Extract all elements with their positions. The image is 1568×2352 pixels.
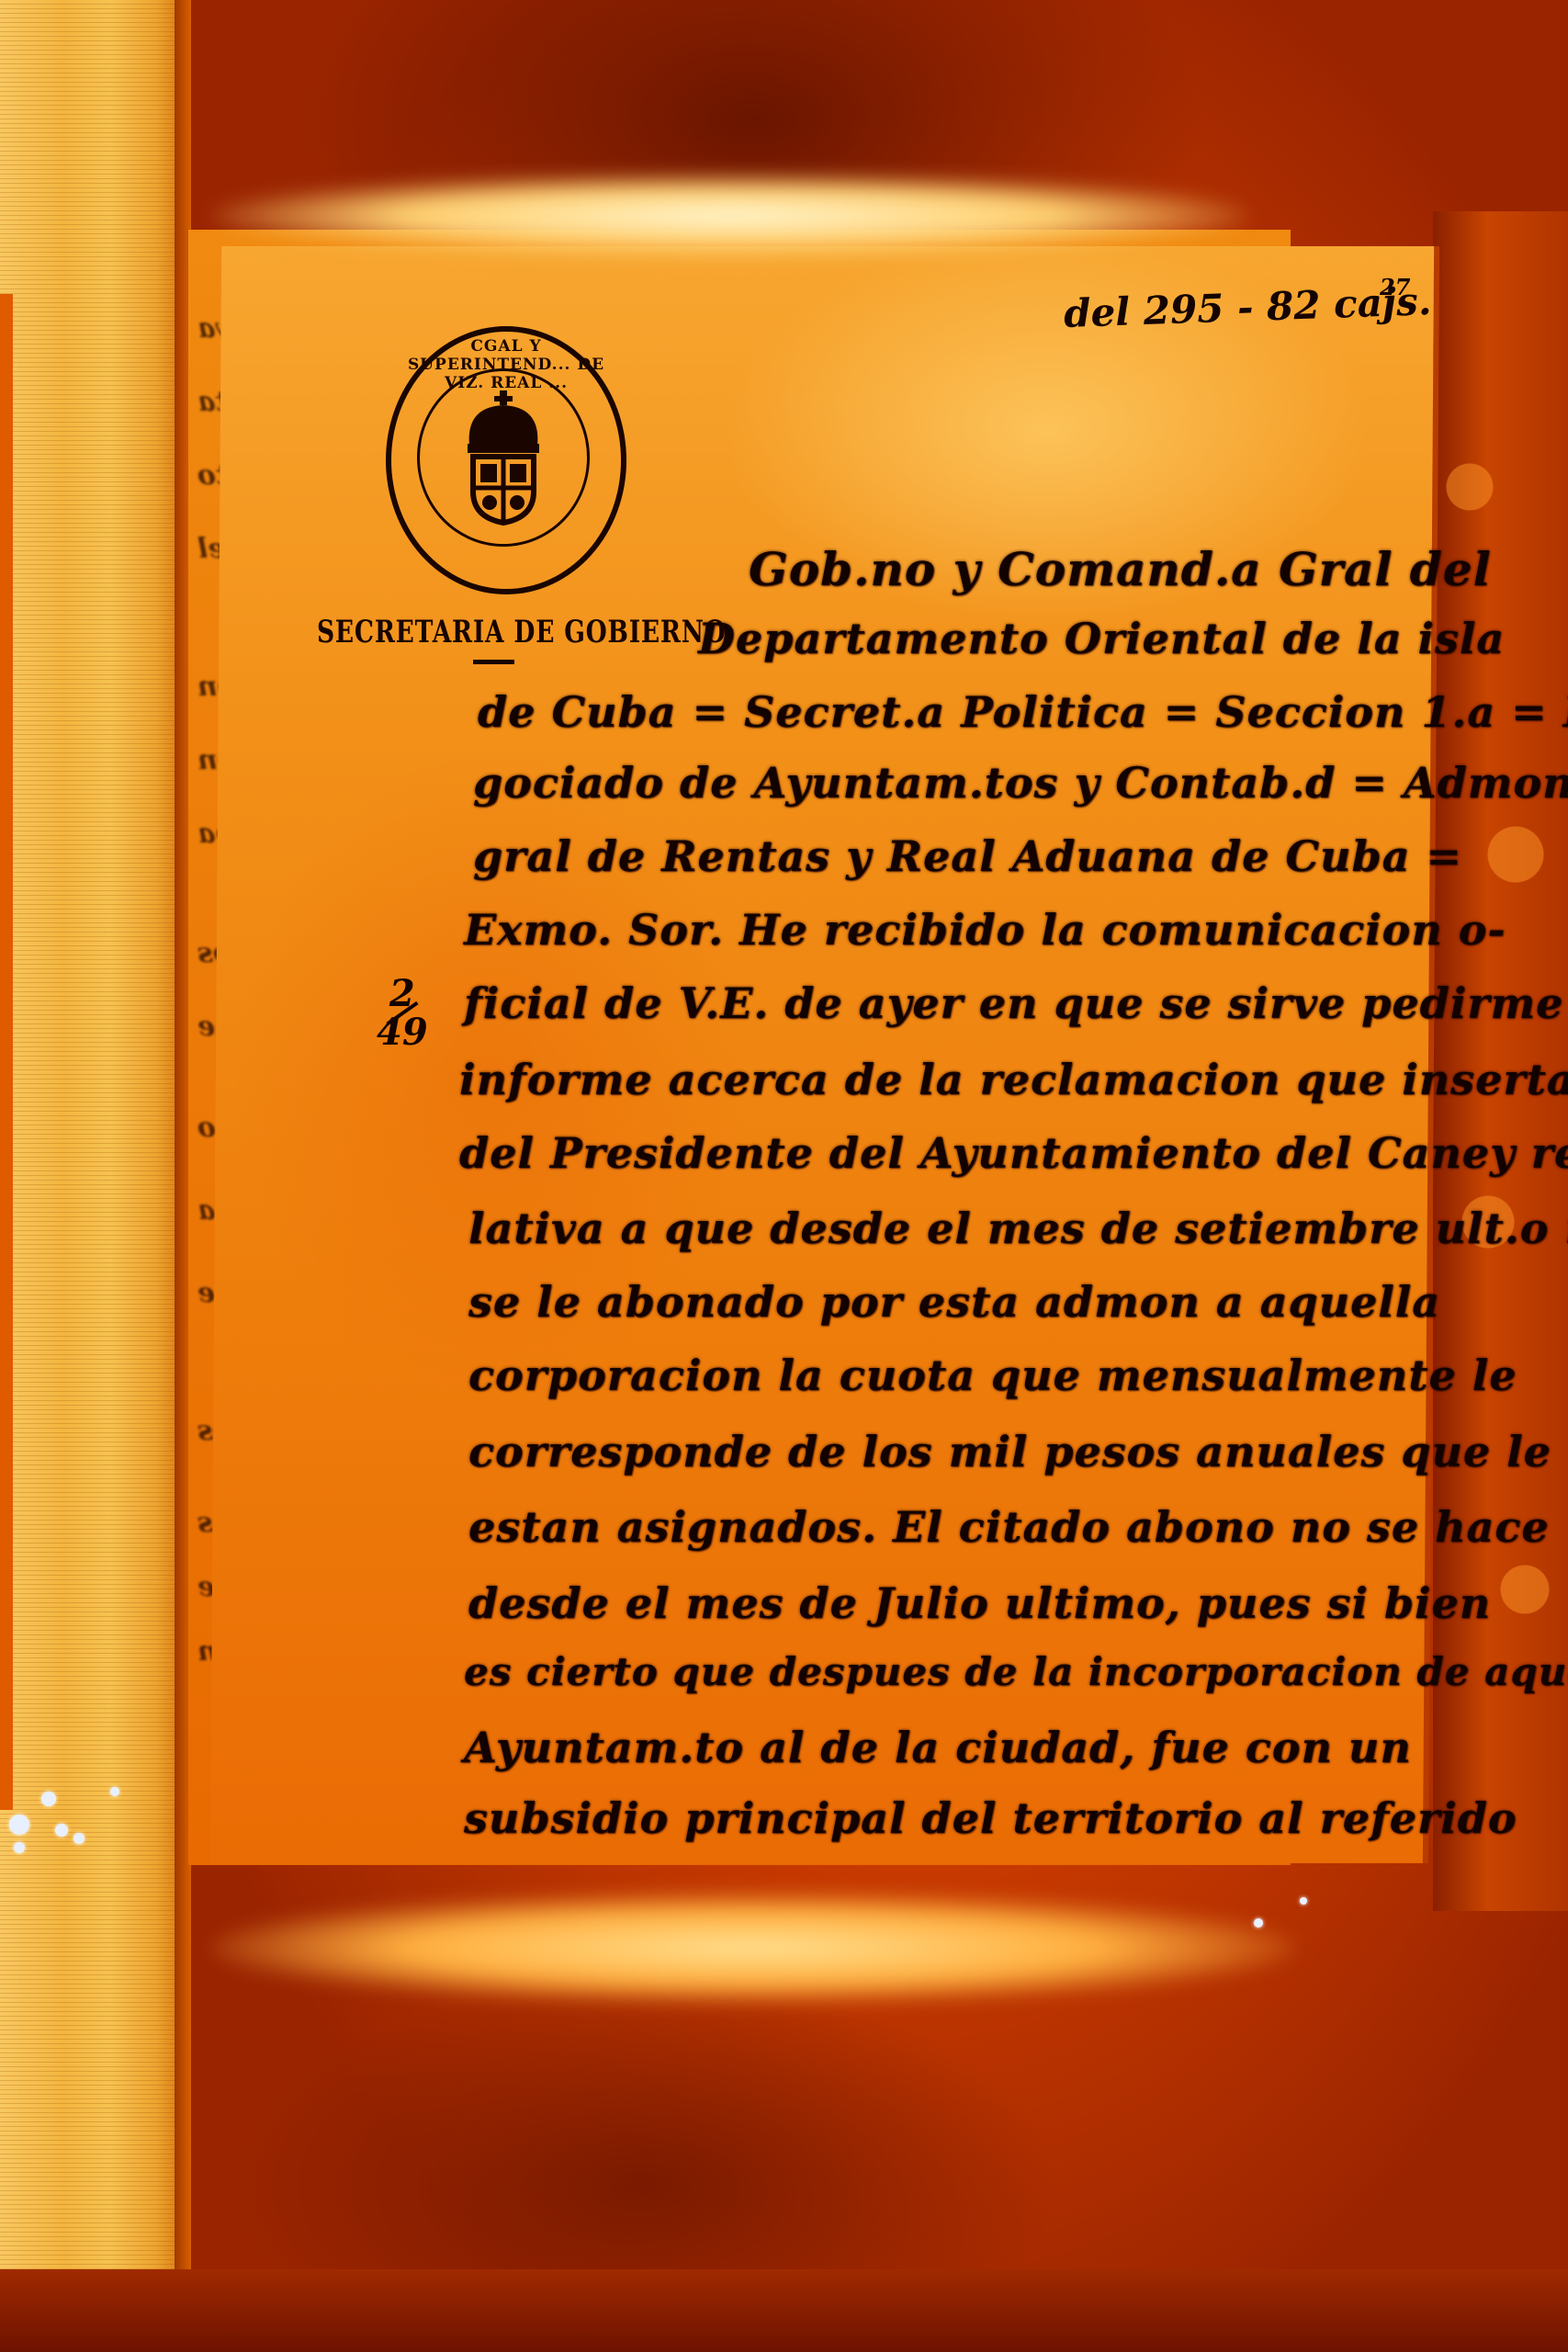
body-line-13: corresponde de los mil pesos anuales que…	[468, 1427, 1551, 1476]
body-line-5: gral de Rentas y Real Aduana de Cuba =	[473, 831, 1462, 881]
body-line-9: del Presidente del Ayuntamiento del Cane…	[459, 1128, 1568, 1178]
margin-fraction-note: 2 49	[377, 978, 428, 1048]
dust-speck	[1300, 1897, 1307, 1905]
dust-speck	[9, 1815, 29, 1835]
body-line-10: lativa a que desde el mes de setiembre u…	[468, 1204, 1568, 1253]
glare-top	[211, 175, 1249, 257]
body-line-17: Ayuntam.to al de la ciudad, fue con un	[464, 1723, 1412, 1772]
book-spine-cloth	[0, 0, 184, 2297]
body-line-2: Departamento Oriental de la isla	[698, 614, 1505, 663]
body-line-4: gociado de Ayuntam.tos y Contab.d = Admo…	[473, 758, 1568, 808]
document-photo: se le observa un mal cuenta sin escrito …	[0, 0, 1568, 2352]
margin-note-numerator: 2	[377, 978, 428, 1010]
folio-number: 27	[1380, 274, 1410, 300]
dust-speck	[41, 1792, 56, 1806]
dust-speck	[110, 1787, 119, 1796]
dust-speck	[73, 1833, 85, 1844]
dust-speck	[14, 1842, 25, 1853]
seal-inner-ring	[417, 368, 590, 547]
glare-bottom	[211, 1893, 1295, 2003]
margin-note-denominator: 49	[377, 1017, 428, 1048]
dust-speck	[1254, 1918, 1263, 1928]
body-line-15: desde el mes de Julio ultimo, pues si bi…	[468, 1578, 1491, 1628]
letterhead-rule	[473, 660, 514, 664]
dust-speck	[55, 1824, 68, 1837]
body-line-7: ficial de V.E. de ayer en que se sirve p…	[464, 978, 1563, 1028]
body-line-3: de Cuba = Secret.a Politica = Seccion 1.…	[478, 687, 1568, 737]
bottom-shadow-band	[0, 2269, 1568, 2352]
body-line-11: se le abonado por esta admon a aquella	[468, 1277, 1440, 1327]
spine-shadow-strip	[0, 294, 13, 1810]
body-line-18: subsidio principal del territorio al ref…	[464, 1793, 1517, 1843]
body-line-6: Exmo. Sor. He recibido la comunicacion o…	[464, 905, 1506, 955]
body-line-12: corporacion la cuota que mensualmente le	[468, 1351, 1517, 1400]
official-seal: CGAL Y SUPERINTEND... DE VIZ. REAL ...	[386, 326, 626, 594]
body-line-16: es cierto que despues de la incorporacio…	[464, 1649, 1568, 1694]
body-line-1: Gob.no y Comand.a Gral del	[749, 542, 1492, 596]
body-line-14: estan asignados. El citado abono no se h…	[468, 1502, 1550, 1552]
crown-crest-icon	[453, 389, 554, 526]
letterhead-secretaria: SECRETARIA DE GOBIERNO.	[317, 614, 734, 650]
body-line-8: informe acerca de la reclamacion que ins…	[459, 1055, 1568, 1104]
